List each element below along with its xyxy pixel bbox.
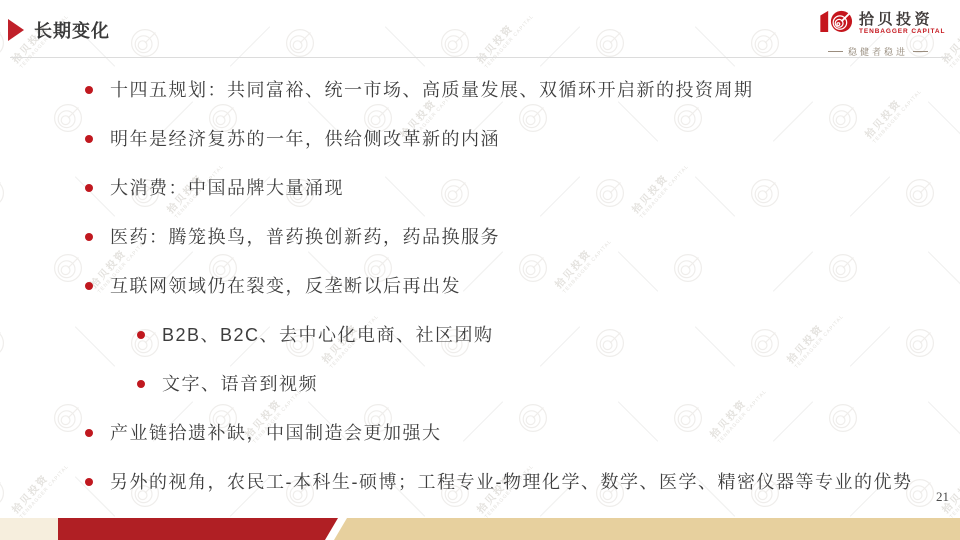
bullet-list: 十四五规划：共同富裕、统一市场、高质量发展、双循环开启新的投资周期 明年是经济复… [85,78,930,519]
header-divider [10,57,948,58]
slide-content: 长期变化 拾贝投 [0,0,960,540]
bullet-icon [137,331,145,339]
logo-names: 拾贝投资 TENBAGGER CAPITAL [859,12,945,36]
footer-bar [0,518,960,540]
list-item: 产业链拾遗补缺，中国制造会更加强大 [85,421,930,445]
list-item-text: 医药：腾笼换鸟，普药换创新药，药品换服务 [110,225,500,249]
list-item: 明年是经济复苏的一年，供给侧改革新的内涵 [85,127,930,151]
bullet-icon [85,233,93,241]
list-item-text: 互联网领域仍在裂变，反垄断以后再出发 [110,274,461,298]
tagline-text: 稳健者稳进 [848,45,908,58]
bullet-icon [85,429,93,437]
list-item: 十四五规划：共同富裕、统一市场、高质量发展、双循环开启新的投资周期 [85,78,930,102]
list-subitem: 文字、语音到视频 [137,372,930,396]
list-item: 医药：腾笼换鸟，普药换创新药，药品换服务 [85,225,930,249]
logo-company-name-cn: 拾贝投资 [859,12,945,29]
list-item: 另外的视角，农民工-本科生-硕博；工程专业-物理化学、数学、医学、精密仪器等专业… [85,470,930,494]
bullet-icon [85,86,93,94]
bullet-icon [137,380,145,388]
list-item-text: 明年是经济复苏的一年，供给侧改革新的内涵 [110,127,500,151]
bullet-icon [85,478,93,486]
page-number: 21 [936,489,949,505]
company-logo: 拾贝投资 TENBAGGER CAPITAL 稳健者稳进 [818,7,938,58]
list-item-text: 文字、语音到视频 [162,372,318,396]
list-item-text: 产业链拾遗补缺，中国制造会更加强大 [110,421,442,445]
list-item: 互联网领域仍在裂变，反垄断以后再出发 [85,274,930,298]
footer-segment-cream [0,518,58,540]
bullet-icon [85,135,93,143]
tagline-dash-left [828,51,843,52]
list-item-text: 十四五规划：共同富裕、统一市场、高质量发展、双循环开启新的投资周期 [110,78,754,102]
list-item: 大消费：中国品牌大量涌现 [85,176,930,200]
logo-company-name-en: TENBAGGER CAPITAL [859,28,945,35]
tagline-dash-right [913,51,928,52]
bullet-icon [85,282,93,290]
list-item-text: B2B、B2C、去中心化电商、社区团购 [162,323,494,347]
page-title: 长期变化 [34,17,110,43]
list-subitem: B2B、B2C、去中心化电商、社区团购 [137,323,930,347]
footer-segment-tan [334,518,960,540]
title-triangle-icon [8,19,24,41]
bullet-icon [85,184,93,192]
list-item-text: 另外的视角，农民工-本科生-硕博；工程专业-物理化学、数学、医学、精密仪器等专业… [110,470,912,494]
tenbagger-logo-icon [818,7,854,40]
list-item-text: 大消费：中国品牌大量涌现 [110,176,344,200]
footer-segment-red [58,518,338,540]
logo-tagline: 稳健者稳进 [818,45,938,58]
presentation-slide: 拾贝投资TENBAGGER CAPITAL拾贝投资TENBAGGER CAPIT… [0,0,960,540]
